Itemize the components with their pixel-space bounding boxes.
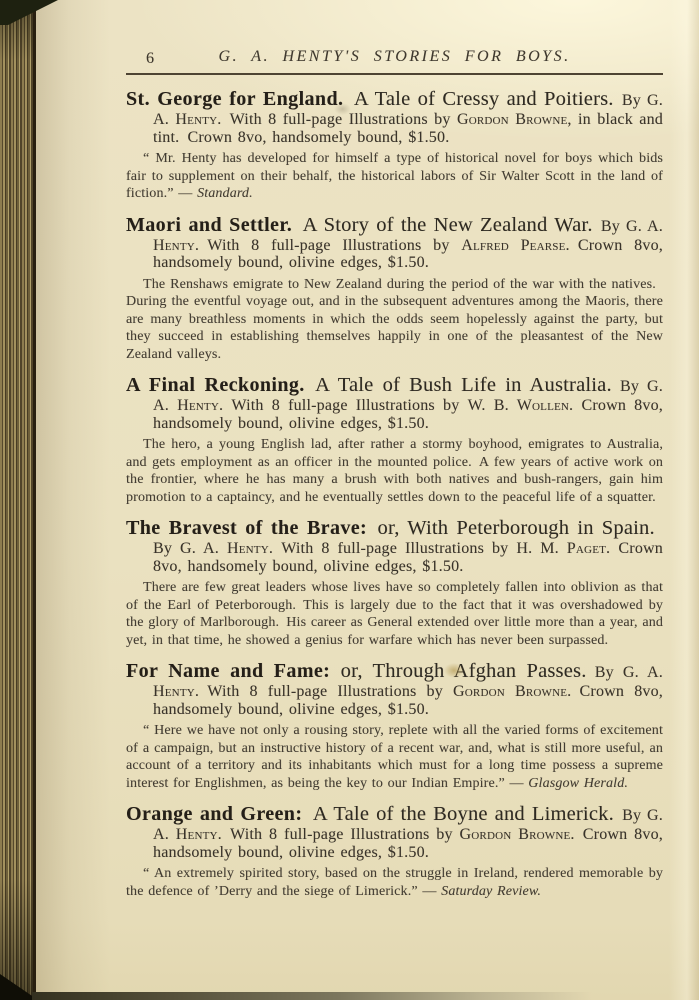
book-entry-the-bravest-of-the-brave: The Bravest of the Brave: or, With Peter… [126,517,663,649]
book-heading: The Bravest of the Brave: or, With Peter… [126,517,663,575]
person-name: W. B. Wollen. [468,397,574,414]
review-source: Standard. [197,186,253,201]
book-list: St. George for England. A Tale of Cressy… [126,88,663,900]
book-description: There are few great leaders whose lives … [126,579,663,649]
book-subtitle: A Tale of Bush Life in Australia. [305,374,612,396]
book-heading: Maori and Settler. A Story of the New Ze… [126,214,663,272]
page-bottom-shadow [32,992,592,1000]
person-name: Gordon Browne. [453,683,571,700]
person-name: Gordon Browne, [457,111,572,128]
scanned-book-page: 6 G. A. HENTY'S STORIES FOR BOYS. St. Ge… [0,0,699,1000]
book-entry-st-george-for-england: St. George for England. A Tale of Cressy… [126,88,663,203]
book-heading: For Name and Fame: or, Through Afghan Pa… [126,660,663,718]
book-entry-maori-and-settler: Maori and Settler. A Story of the New Ze… [126,214,663,364]
book-entry-a-final-reckoning: A Final Reckoning. A Tale of Bush Life i… [126,374,663,506]
description-text: The Renshaws emigrate to New Zealand dur… [126,277,663,362]
imprint-text: By [593,218,626,235]
book-title: Maori and Settler. [126,214,292,236]
page-content: 6 G. A. HENTY'S STORIES FOR BOYS. St. Ge… [126,48,663,911]
book-description: “ Here we have not only a rousing story,… [126,722,663,792]
running-title: G. A. HENTY'S STORIES FOR BOYS. [126,48,663,66]
book-description: The hero, a young English lad, after rat… [126,436,663,506]
imprint-text: By [614,92,647,109]
description-text: “ An extremely spirited story, based on … [126,866,663,899]
review-source: Glasgow Herald. [528,776,628,791]
page-edges-texture [0,0,36,1000]
book-heading: Orange and Green: A Tale of the Boyne an… [126,803,663,861]
person-name: Gordon Browne. [460,826,575,843]
description-text: The hero, a young English lad, after rat… [126,437,663,505]
book-description: The Renshaws emigrate to New Zealand dur… [126,276,663,364]
book-title: The Bravest of the Brave: [126,517,367,539]
imprint-text: With 8 full-page Illustrations by [222,826,460,843]
book-title: Orange and Green: [126,803,302,825]
book-entry-for-name-and-fame: For Name and Fame: or, Through Afghan Pa… [126,660,663,792]
book-subtitle: A Tale of the Boyne and Limerick. [302,803,614,825]
imprint-text: By [614,807,647,824]
book-subtitle: A Tale of Cressy and Poitiers. [343,88,613,110]
book-subtitle: or, With Peterborough in Spain. [367,517,655,539]
imprint-text: With 8 full-page Illustrations by [223,397,467,414]
imprint-text: With 8 full-page Illustrations by [199,683,453,700]
person-name: H. M. Paget. [516,540,610,557]
book-title: For Name and Fame: [126,660,330,682]
book-title: A Final Reckoning. [126,374,305,396]
description-text: There are few great leaders whose lives … [126,580,663,648]
book-description: “ An extremely spirited story, based on … [126,865,663,900]
header-rule [126,73,663,75]
page-number: 6 [146,50,154,68]
imprint-text: With 8 full-page Illustrations by [199,237,461,254]
imprint-text: By [612,378,647,395]
gutter-shadow [36,0,110,1000]
person-name: G. A. Henty. [180,540,273,557]
imprint-text: With 8 full-page Illustrations by [221,111,457,128]
person-name: Alfred Pearse. [461,237,569,254]
book-description: “ Mr. Henty has developed for himself a … [126,150,663,203]
book-heading: A Final Reckoning. A Tale of Bush Life i… [126,374,663,432]
book-subtitle: A Story of the New Zealand War. [292,214,592,236]
review-source: Saturday Review. [441,884,541,899]
imprint-text: By [587,664,623,681]
book-heading: St. George for England. A Tale of Cressy… [126,88,663,146]
imprint-text: With 8 full-page Illustrations by [273,540,516,557]
book-entry-orange-and-green: Orange and Green: A Tale of the Boyne an… [126,803,663,900]
page-curve-highlight [669,0,699,1000]
page-header: 6 G. A. HENTY'S STORIES FOR BOYS. [126,48,663,75]
book-subtitle: or, Through Afghan Passes. [330,660,586,682]
book-title: St. George for England. [126,88,343,110]
